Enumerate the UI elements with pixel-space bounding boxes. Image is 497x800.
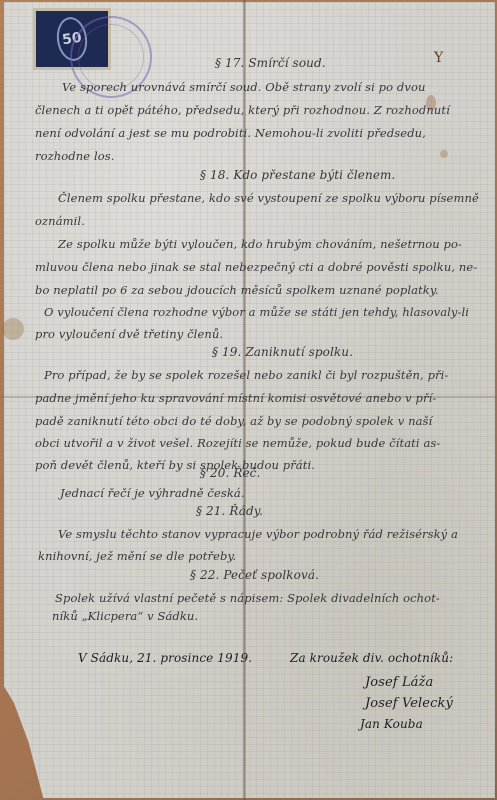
text-line: bo neplatil po 6 za sebou jdoucích měsíc… — [35, 283, 439, 297]
text-line: oznámil. — [35, 214, 85, 228]
signature-heading: Za kroužek div. ochotníků: — [290, 651, 453, 665]
text-line: Členem spolku přestane, kdo své vystoupe… — [58, 191, 479, 205]
text-line: níků „Klicpera“ v Sádku. — [52, 609, 198, 623]
text-line: Ve sporech urovnává smírčí soud. Obě str… — [62, 80, 426, 94]
text-line: poň devět členů, kteří by si spolek budo… — [35, 458, 315, 472]
stain-spot — [440, 150, 448, 158]
text-line: Ze spolku může býti vyloučen, kdo hrubým… — [58, 237, 462, 251]
text-line: Spolek užívá vlastní pečetě s nápisem: S… — [55, 591, 440, 605]
text-line: obci utvořil a v život vešel. Rozejíti s… — [35, 436, 440, 450]
text-line: Jednací řečí je výhradně česká. — [60, 486, 245, 500]
text-line: rozhodne los. — [35, 149, 115, 163]
text-line: padne jmění jeho ku spravování místní ko… — [35, 391, 436, 405]
text-line: knihovní, jež mění se dle potřeby. — [38, 549, 236, 563]
signature: Josef Láža — [365, 675, 433, 690]
text-line: Pro případ, že by se spolek rozešel nebo… — [44, 368, 448, 382]
signature: Josef Velecký — [365, 696, 453, 711]
signature: Jan Kouba — [360, 717, 423, 731]
section-heading-17: § 17. Smírčí soud. — [215, 56, 326, 70]
page-mark: Y — [434, 50, 445, 66]
section-heading-18: § 18. Kdo přestane býti členem. — [200, 168, 395, 182]
text-line: mluvou člena nebo jinak se stal nebezpeč… — [35, 260, 477, 274]
text-line: Ve smyslu těchto stanov vypracuje výbor … — [58, 527, 458, 541]
stain-spot — [2, 318, 24, 340]
text-line: pro vyloučení dvě třetiny členů. — [35, 327, 223, 341]
section-heading-20: § 20. Řeč. — [200, 466, 260, 480]
text-line: padě zaniknutí této obci do té doby, až … — [35, 414, 432, 428]
date-line: V Sádku, 21. prosince 1919. — [78, 651, 252, 665]
section-heading-22: § 22. Pečeť spolková. — [190, 568, 319, 582]
text-line: není odvolání a jest se mu podrobiti. Ne… — [35, 126, 426, 140]
section-heading-19: § 19. Zaniknutí spolku. — [212, 345, 353, 359]
text-line: členech a ti opět pátého, předsedu, kter… — [35, 103, 450, 117]
text-line: O vyloučení člena rozhodne výbor a může … — [44, 305, 469, 319]
section-heading-21: § 21. Řády. — [196, 504, 263, 518]
